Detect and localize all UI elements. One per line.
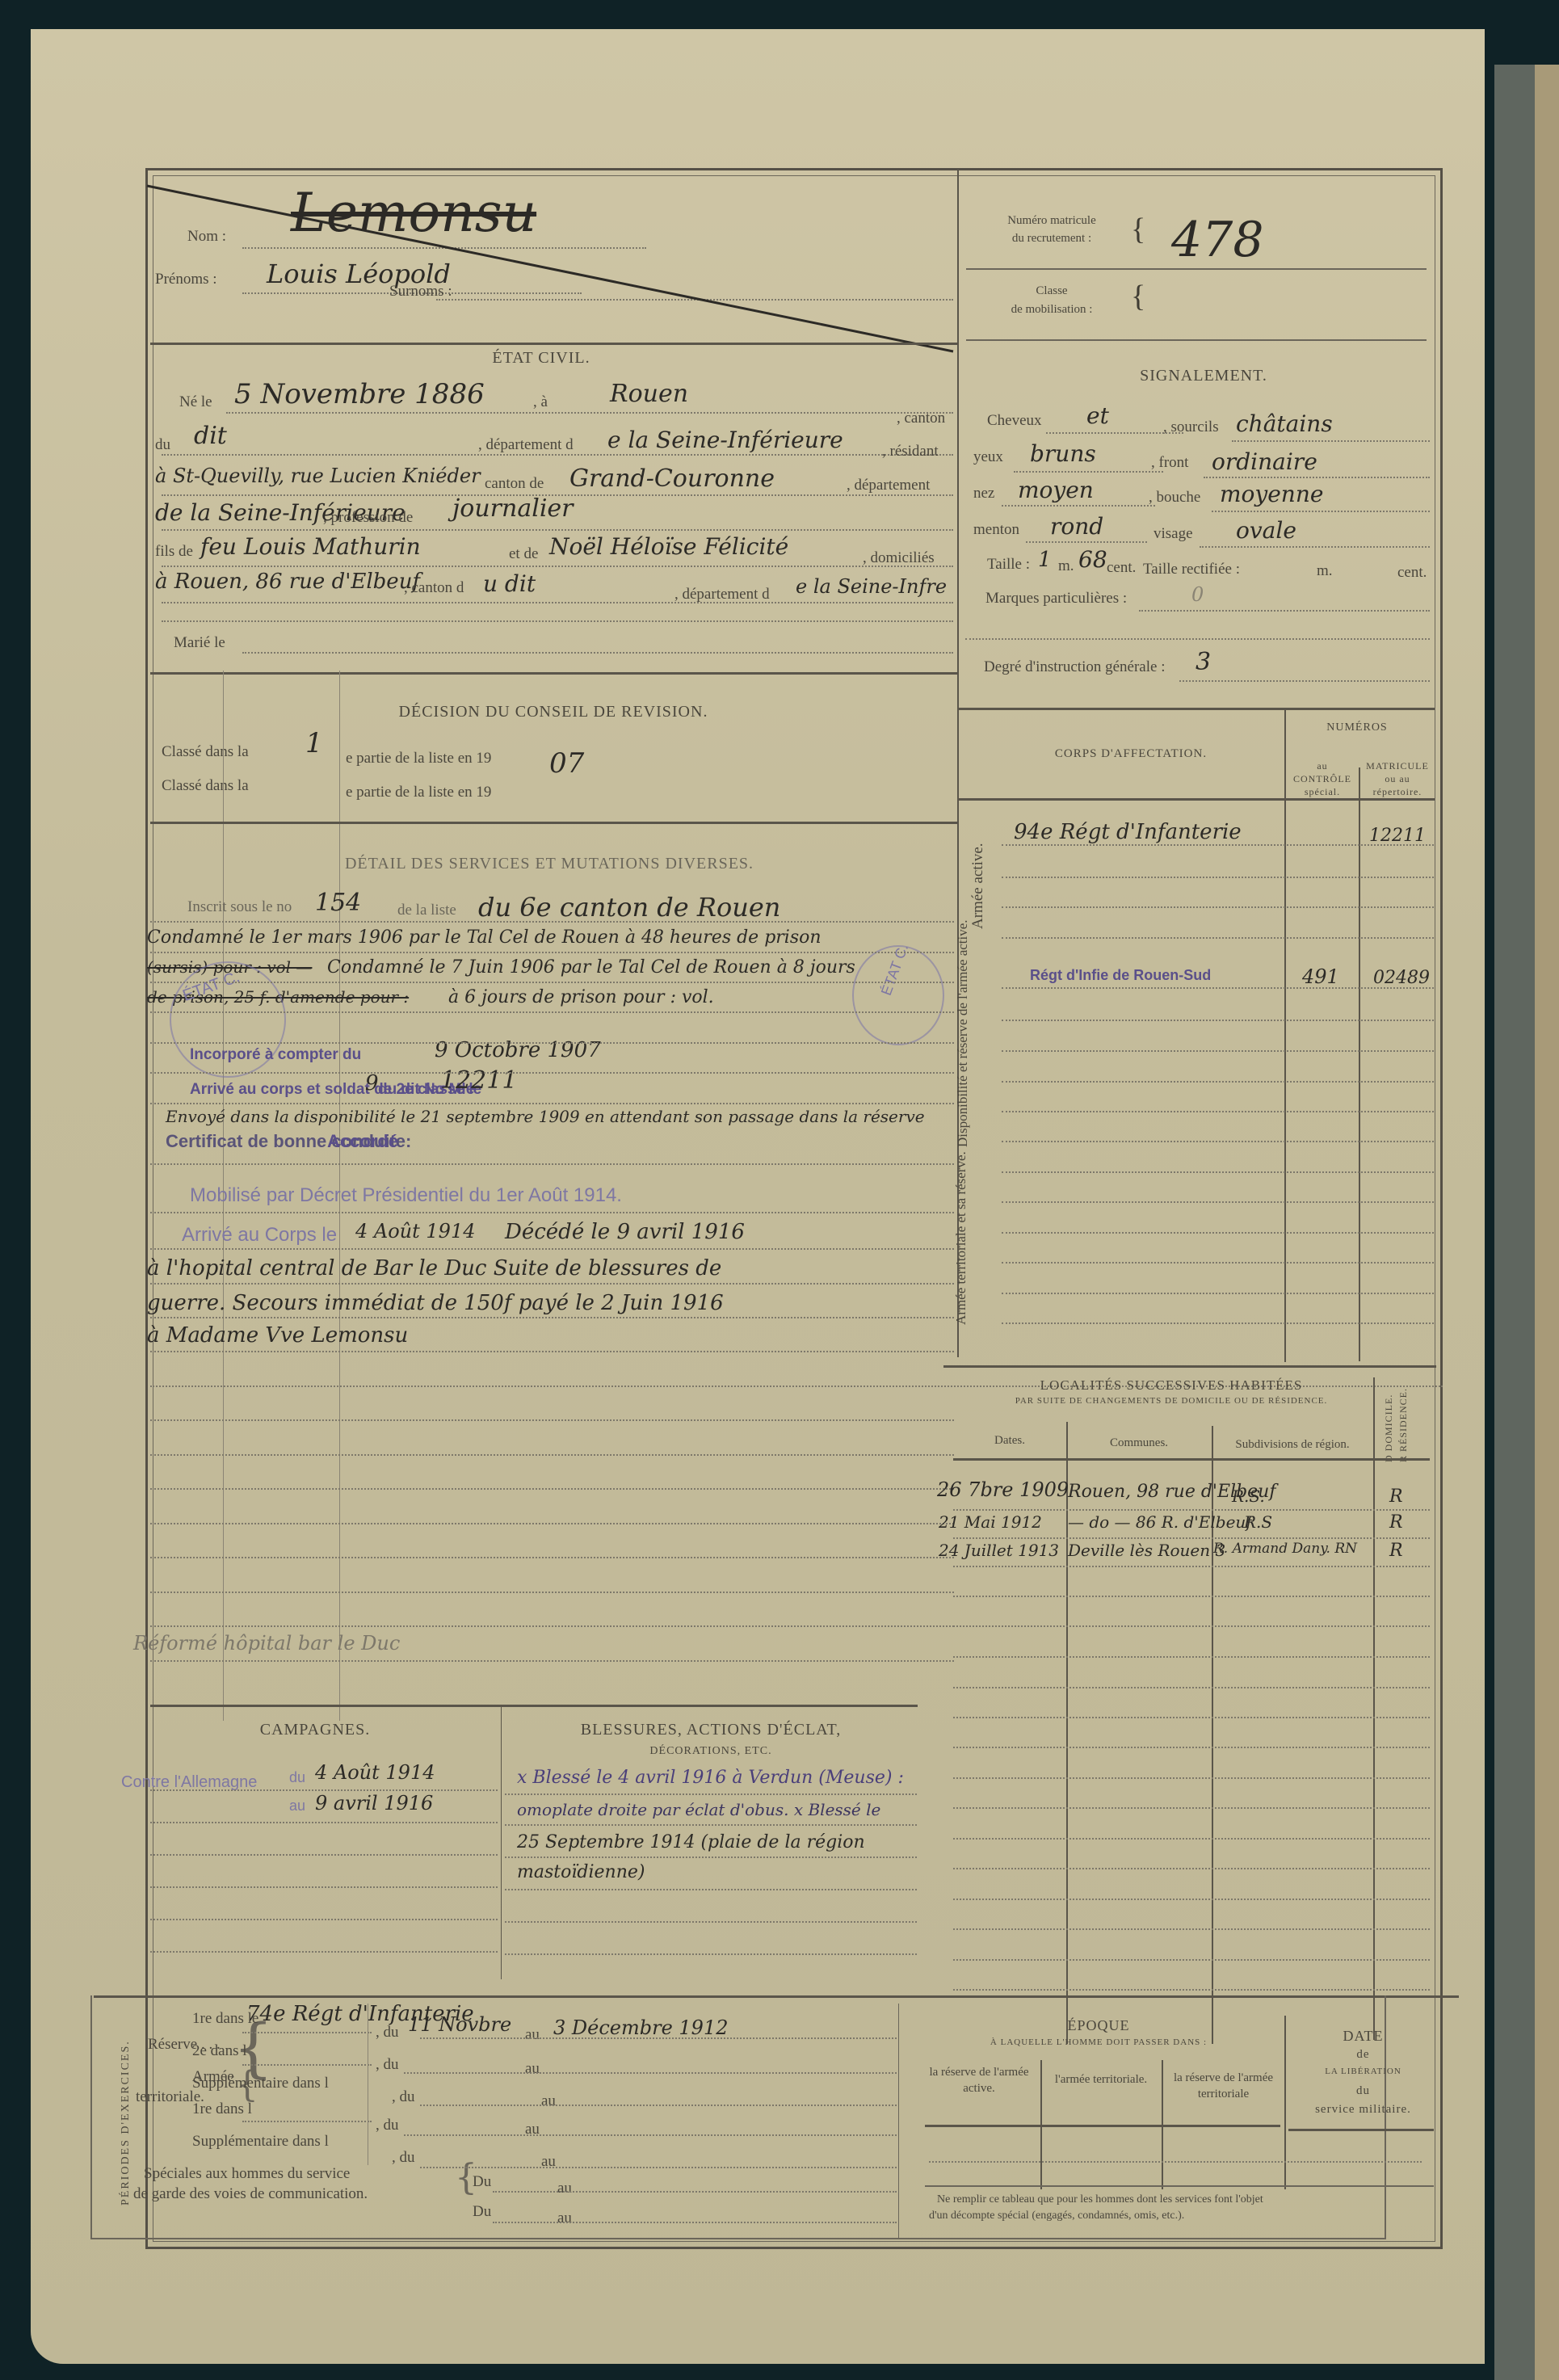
a-value: Rouen — [610, 380, 688, 408]
brace-icon: { — [1131, 279, 1145, 314]
localite-row-3-dr: R — [1389, 1541, 1403, 1561]
etat-civil-dotted-line-4 — [162, 529, 953, 531]
taille-m-value: 1 — [1038, 548, 1052, 572]
col-matricule-header: MATRICULE ou au répertoire. — [1362, 759, 1433, 798]
reserve-1re-au-label: au — [525, 2026, 540, 2044]
epoque-col-2: l'armée territoriale. — [1044, 2068, 1158, 2091]
campagnes-top-rule — [150, 1705, 918, 1707]
periodes-line — [242, 2064, 372, 2066]
bouche-dotted — [1212, 511, 1430, 512]
services-line — [150, 1212, 954, 1213]
pere-value: feu Louis Mathurin — [200, 533, 421, 560]
epoque-title: ÉPOQUE — [921, 2017, 1276, 2034]
marie-label: Marié le — [174, 634, 225, 652]
speciales-label-1: Spéciales aux hommes du service — [144, 2165, 350, 2183]
menton-value: rond — [1050, 513, 1103, 540]
periodes-line — [242, 2032, 372, 2033]
col-subdivisions-header: Subdivisions de région. — [1212, 1438, 1373, 1452]
services-line — [150, 1351, 954, 1352]
corps-line — [1002, 1081, 1434, 1083]
corps-line — [1002, 1232, 1434, 1234]
services-line — [150, 1163, 954, 1165]
instruction-value: 3 — [1196, 648, 1211, 676]
ne-le-label: Né le — [179, 393, 212, 411]
certificat-value: Accordé — [327, 1131, 398, 1152]
corps-row-2-matricule: 02489 — [1373, 968, 1430, 988]
classe-row1-part: 1 — [305, 727, 323, 759]
corps-line — [1002, 877, 1434, 878]
arrive-corps-value: 4 Août 1914 — [355, 1220, 476, 1243]
epoque-bottom-rule — [925, 2185, 1434, 2187]
deces-line-2: à l'hopital central de Bar le Duc Suite … — [147, 1256, 721, 1280]
campagnes-title: CAMPAGNES. — [210, 1721, 420, 1739]
localites-line — [953, 1807, 1430, 1809]
reserve-supp-au-label: au — [541, 2092, 556, 2110]
speciales-au-label-2: au — [557, 2210, 572, 2227]
periodes-line — [493, 2191, 897, 2193]
localite-row-1-subdivision: R.S. — [1232, 1486, 1265, 1506]
territoriale-1re-du-label: , du — [376, 2117, 399, 2134]
taille-cent-label: cent. — [1107, 559, 1136, 577]
residant-label: , résidant — [882, 443, 939, 460]
front-label: , front — [1151, 454, 1188, 472]
services-line — [150, 1072, 954, 1074]
classe-row1-label: Classé dans la — [162, 743, 249, 761]
condamnation-line-1: Condamné le 1er mars 1906 par le Tal Cel… — [147, 927, 822, 948]
taille-label: Taille : — [987, 556, 1030, 574]
periodes-line — [493, 2222, 897, 2223]
periodes-side-title: PÉRIODES D'EXERCICES. — [120, 2040, 132, 2205]
menton-label: menton — [973, 521, 1019, 539]
date-liberation: LA LIBÉRATION — [1288, 2067, 1438, 2076]
yeux-label: yeux — [973, 448, 1003, 466]
periodes-line — [242, 2121, 372, 2122]
visage-value: ovale — [1236, 517, 1296, 544]
date-de: de — [1288, 2048, 1438, 2062]
corps-line — [1002, 1171, 1434, 1173]
localite-row-1-date: 26 7bre 1909 — [937, 1478, 1069, 1501]
services-line — [150, 1488, 954, 1490]
localite-row-3-date: 24 Juillet 1913 — [939, 1541, 1059, 1560]
visage-dotted — [1200, 546, 1430, 548]
departement2-label: , département — [847, 477, 930, 494]
residant-value: à St-Quevilly, rue Lucien Kniéder — [155, 465, 481, 487]
services-line — [150, 1523, 954, 1524]
periodes-line — [420, 2167, 897, 2168]
campagnes-line — [150, 1919, 498, 1920]
cheveux-label: Cheveux — [987, 412, 1042, 430]
localites-line — [953, 1989, 1430, 1991]
etat-civil-title: ÉTAT CIVIL. — [339, 349, 743, 368]
classe-label-2: de mobilisation : — [983, 303, 1120, 317]
periodes-line — [420, 2105, 897, 2106]
bouche-label: , bouche — [1149, 489, 1200, 507]
section-active-label: Armée active. — [969, 843, 987, 929]
etat-civil-bottom-rule — [150, 672, 958, 675]
corps-line — [1002, 1050, 1434, 1052]
departement3-label: , département d — [674, 586, 770, 603]
corps-line — [1002, 1111, 1434, 1112]
numeros-title: NUMÉROS — [1284, 721, 1430, 734]
services-line — [150, 1103, 954, 1104]
blessures-line — [505, 1889, 917, 1890]
speciales-du-label-1: Du — [473, 2173, 491, 2191]
corps-row-1-matricule: 12211 — [1369, 826, 1426, 846]
brace-icon: { — [1131, 212, 1145, 247]
profession-value: journalier — [452, 494, 574, 523]
reserve-1re-du-label: , du — [376, 2024, 399, 2042]
services-line — [150, 1557, 954, 1558]
epoque-subtitle: À LAQUELLE L'HOMME DOIT PASSER DANS : — [921, 2037, 1276, 2047]
reserve-1re-du-value: 11 Novbre — [408, 2013, 511, 2036]
marques-label: Marques particulières : — [985, 590, 1127, 608]
speciales-au-label-1: au — [557, 2180, 572, 2197]
campagnes-line — [150, 1951, 498, 1953]
next-page-edge — [1535, 65, 1559, 2380]
inscrit-label: Inscrit sous le no — [187, 898, 292, 916]
instruction-label: Degré d'instruction générale : — [984, 658, 1165, 676]
date-service: service militaire. — [1288, 2103, 1438, 2117]
inscrit-number: 154 — [315, 889, 361, 917]
services-line — [150, 1011, 954, 1013]
services-line — [150, 1042, 954, 1044]
a-label: , à — [533, 393, 548, 411]
territoriale-supp-du-label: , du — [392, 2149, 415, 2167]
services-line — [150, 1592, 954, 1593]
col-dr-1: D DOMICILE. — [1383, 1394, 1395, 1462]
incorpore-label: Incorporé à compter du — [190, 1046, 361, 1064]
localites-line — [953, 1537, 1430, 1539]
classe-row2-label: Classé dans la — [162, 777, 249, 795]
localites-line — [953, 1566, 1430, 1567]
numeros-divider — [1284, 708, 1286, 1362]
profession-label: , profession de — [323, 509, 413, 527]
campagnes-au-label: au — [289, 1798, 305, 1814]
corps-line — [1002, 1293, 1434, 1294]
fils-label: fils de — [155, 543, 193, 561]
reserve-2e-du-label: , du — [376, 2056, 399, 2074]
domicilies-label: , domiciliés — [863, 549, 935, 567]
sourcils-value: châtains — [1236, 410, 1333, 437]
periodes-right-divider — [898, 2004, 899, 2238]
taille-cent-value: 68 — [1078, 546, 1107, 573]
condamnation-line-3b: à 6 jours de prison pour : vol. — [448, 987, 714, 1007]
localite-row-2-commune: — do — 86 R. d'Elbeuf — [1068, 1512, 1252, 1532]
front-dotted — [1204, 477, 1430, 478]
corps-line — [1002, 844, 1434, 846]
marques-value: 0 — [1191, 583, 1204, 606]
date-du: du — [1288, 2084, 1438, 2098]
services-line — [150, 1317, 954, 1318]
localites-line — [953, 1509, 1430, 1511]
services-line — [150, 921, 954, 923]
date-header-rule — [1288, 2129, 1434, 2131]
blessures-line — [505, 1793, 917, 1795]
yeux-dotted — [1014, 471, 1163, 473]
section-disponibilite-label: Disponibilité et réserve de l'armée acti… — [955, 937, 971, 1147]
localites-line — [953, 1928, 1430, 1930]
localites-line — [953, 1625, 1430, 1627]
arrive-corps-label: Arrivé au Corps le — [182, 1224, 337, 1247]
epoque-line — [929, 2161, 1422, 2163]
corps-bottom-rule — [943, 1365, 1436, 1368]
epoque-date-divider — [1284, 2016, 1286, 2189]
cancellation-diagonal-line — [145, 170, 961, 355]
faint-mention: Réformé hôpital bar le Duc — [133, 1632, 400, 1655]
et-de-label: et de — [509, 545, 538, 563]
corps-header-rule — [958, 798, 1435, 801]
corps-title: CORPS D'AFFECTATION. — [994, 747, 1268, 761]
corps-row-1-name: 94e Régt d'Infanterie — [1014, 820, 1242, 844]
campagnes-du-label: du — [289, 1769, 305, 1786]
epoque-col-1: la réserve de l'armée active. — [922, 2064, 1036, 2096]
nez-dotted — [1002, 505, 1155, 507]
localite-row-3-subdivision: R. Armand Dany. RN — [1213, 1541, 1357, 1557]
blessures-line-3: 25 Septembre 1914 (plaie de la région — [517, 1832, 865, 1852]
blessures-line-4: mastoïdienne) — [517, 1862, 645, 1882]
corps-line — [1002, 1262, 1434, 1264]
periodes-line — [404, 2072, 897, 2074]
cheveux-value: et — [1086, 402, 1109, 429]
corps-top-rule — [958, 708, 1435, 710]
canton-prefix: du — [155, 436, 170, 454]
services-line — [150, 1283, 954, 1285]
visage-label: visage — [1153, 525, 1193, 543]
corps-line — [1002, 987, 1434, 989]
canton3-label: , canton d — [404, 579, 464, 597]
section-territoriale-label: Armée territoriale et sa réserve. — [953, 1151, 969, 1325]
deces-line-3: guerre. Secours immédiat de 150f payé le… — [147, 1291, 724, 1315]
front-value: ordinaire — [1212, 448, 1317, 475]
etat-civil-dotted-line-2 — [162, 454, 953, 456]
periodes-line — [404, 2134, 897, 2136]
epoque-note-1: Ne remplir ce tableau que pour les homme… — [937, 2193, 1263, 2206]
epoque-col-3: la réserve de l'armée territoriale — [1165, 2070, 1282, 2102]
corps-line — [1002, 1322, 1434, 1324]
classe-row1-year: 07 — [549, 747, 584, 780]
blessures-line — [505, 1856, 917, 1858]
localites-dr-divider — [1373, 1377, 1375, 2040]
departement-value: e la Seine-Inférieure — [607, 427, 843, 453]
localites-line — [953, 1717, 1430, 1718]
marie-dotted-line — [242, 652, 953, 654]
nez-label: nez — [973, 485, 994, 502]
taille-rectifiee-label: Taille rectifiée : — [1143, 561, 1240, 578]
marques-dotted-2 — [965, 638, 1430, 640]
corps-line — [1002, 1201, 1434, 1203]
col-dr-2: R RÉSIDENCE. — [1397, 1388, 1410, 1462]
binding-edge — [1494, 65, 1535, 2380]
taille-rectifiee-m-label: m. — [1317, 562, 1333, 580]
campagnes-line — [150, 1822, 498, 1823]
classe-row1-text: e partie de la liste en 19 — [346, 750, 491, 767]
classe-row2-text: e partie de la liste en 19 — [346, 784, 491, 801]
services-line — [150, 1660, 954, 1662]
departement-label: , département d — [478, 436, 574, 454]
header-bottom-rule — [150, 343, 958, 345]
menton-dotted — [1026, 541, 1147, 543]
numeros-subdivider — [1359, 767, 1360, 1361]
localite-row-2-date: 21 Mai 1912 — [939, 1512, 1042, 1532]
date-title: DATE — [1288, 2028, 1438, 2045]
localites-subtitle: PAR SUITE DE CHANGEMENTS DE DOMICILE OU … — [953, 1396, 1389, 1406]
blessures-line — [505, 1824, 917, 1826]
services-title: DÉTAIL DES SERVICES ET MUTATIONS DIVERSE… — [307, 855, 792, 873]
corps-line — [1002, 1141, 1434, 1142]
canton3-value: u dit — [483, 570, 536, 597]
localite-row-1-dr: R — [1389, 1486, 1403, 1507]
campagnes-divider — [501, 1705, 502, 1979]
localites-line — [953, 1777, 1430, 1779]
col-controle-header: au CONTRÔLE spécial. — [1287, 759, 1358, 798]
conseil-revision-title: DÉCISION DU CONSEIL DE REVISION. — [339, 703, 767, 721]
corps-line — [1002, 906, 1434, 908]
corps-line — [1002, 937, 1434, 939]
envoye-disponibilite: Envoyé dans la disponibilité le 21 septe… — [166, 1107, 925, 1126]
classe-label-1: Classe — [983, 284, 1120, 298]
reserve-2e-au-label: au — [525, 2060, 540, 2078]
periodes-line — [420, 2037, 897, 2039]
signalement-title: SIGNALEMENT. — [1050, 367, 1357, 385]
arrive-day: 9 — [365, 1071, 379, 1095]
arrive-mle: 12211 — [440, 1066, 517, 1095]
services-line — [150, 952, 954, 953]
col-dates-header: Dates. — [953, 1434, 1066, 1448]
marques-dotted — [1139, 610, 1430, 612]
col-communes-header: Communes. — [1066, 1436, 1212, 1450]
canton-value: dit — [194, 422, 227, 450]
services-line — [150, 1625, 954, 1627]
deces-line-4: à Madame Vve Lemonsu — [147, 1323, 408, 1348]
etat-civil-dotted-line-1 — [226, 412, 953, 414]
ne-le-value: 5 Novembre 1886 — [234, 378, 485, 410]
canton-label: , canton — [897, 410, 945, 427]
nez-value: moyen — [1018, 477, 1094, 503]
condamnation-line-2b: Condamné le 7 Juin 1906 par le Tal Cel d… — [327, 957, 855, 978]
campagnes-au-value: 9 avril 1916 — [315, 1792, 433, 1814]
territoriale-supp-label: Supplémentaire dans l — [192, 2133, 329, 2151]
services-line — [150, 982, 954, 983]
blessures-line — [505, 1953, 917, 1955]
mere-value: Noël Héloïse Félicité — [549, 533, 788, 560]
etat-civil-dotted-line-7 — [162, 620, 953, 622]
campagnes-du-value: 4 Août 1914 — [315, 1761, 435, 1784]
blessures-line-2: omoplate droite par éclat d'obus. x Bles… — [517, 1800, 880, 1819]
campagnes-line — [150, 1789, 498, 1791]
corps-row-2-name: Régt d'Infie de Rouen-Sud — [1030, 967, 1211, 984]
canton2-label: canton de — [485, 475, 544, 493]
corps-row-2-controle: 491 — [1302, 965, 1339, 988]
territoriale-1re-label: 1re dans l — [192, 2100, 252, 2118]
matricule-label-2: du recrutement : — [983, 232, 1120, 246]
localites-line — [953, 1959, 1430, 1961]
localites-line — [953, 1868, 1430, 1869]
localites-line — [953, 1747, 1430, 1748]
canton2-value: Grand-Couronne — [569, 465, 775, 493]
departement3-value: e la Seine-Infre — [796, 575, 947, 598]
taille-m-label: m. — [1058, 557, 1074, 575]
blessures-line — [505, 1921, 917, 1923]
matricule-value: 478 — [1171, 212, 1264, 268]
liste-value: du 6e canton de Rouen — [478, 892, 780, 923]
reserve-supp-du-label: , du — [392, 2088, 415, 2106]
taille-rectifiee-cent-label: cent. — [1397, 564, 1427, 582]
sourcils-label: , sourcils — [1163, 418, 1219, 436]
etat-civil-dotted-line-5 — [162, 566, 953, 567]
reserve-1re-au-value: 3 Décembre 1912 — [553, 2016, 729, 2039]
periodes-vertical-rule — [368, 2004, 368, 2165]
epoque-header-rule — [925, 2125, 1280, 2127]
localites-line — [953, 1838, 1430, 1840]
liste-label: de la liste — [397, 902, 456, 919]
localites-line — [953, 1687, 1430, 1688]
blessures-title: BLESSURES, ACTIONS D'ÉCLAT, — [517, 1721, 905, 1739]
matricule-rule — [966, 268, 1427, 270]
localites-line — [953, 1656, 1430, 1658]
domicile-value: à Rouen, 86 rue d'Elbeuf — [155, 570, 420, 594]
reserve-2e-label: 2e dans l — [192, 2042, 247, 2060]
yeux-value: bruns — [1030, 440, 1096, 467]
campagnes-line — [150, 1886, 498, 1888]
speciales-label-2: de garde des voies de communication. — [133, 2185, 368, 2203]
blessures-line-1: x Blessé le 4 avril 1916 à Verdun (Meuse… — [517, 1768, 904, 1788]
services-line — [150, 1419, 954, 1421]
reserve-supp-label: Supplémentaire dans l — [192, 2075, 329, 2092]
epoque-note-2: d'un décompte spécial (engagés, condamné… — [929, 2210, 1184, 2222]
conseil-bottom-rule — [150, 822, 958, 824]
localite-row-2-subdivision: R.S — [1244, 1512, 1272, 1532]
etat-civil-dotted-line-6 — [162, 602, 953, 603]
localites-title: LOCALITÉS SUCCESSIVES HABITÉES — [969, 1377, 1373, 1394]
instruction-dotted — [1179, 680, 1430, 682]
deces-line-1: Décédé le 9 avril 1916 — [505, 1220, 745, 1244]
speciales-du-label-2: Du — [473, 2203, 491, 2221]
localites-header-rule — [953, 1458, 1430, 1461]
localite-row-3-commune: Deville lès Rouen 3 — [1068, 1541, 1225, 1560]
classe-rule — [966, 339, 1427, 341]
localites-line — [953, 1899, 1430, 1900]
services-line — [150, 1454, 954, 1456]
localites-line — [953, 1596, 1430, 1597]
matricule-label-1: Numéro matricule — [983, 214, 1120, 228]
sourcils-dotted — [1232, 440, 1430, 442]
bouche-value: moyenne — [1220, 481, 1323, 507]
services-line — [150, 1248, 954, 1250]
blessures-subtitle: DÉCORATIONS, ETC. — [517, 1745, 905, 1758]
campagnes-line — [150, 1854, 498, 1856]
corps-line — [1002, 1020, 1434, 1021]
mobilise-stamp: Mobilisé par Décret Présidentiel du 1er … — [190, 1184, 622, 1207]
localite-row-2-dr: R — [1389, 1512, 1403, 1533]
